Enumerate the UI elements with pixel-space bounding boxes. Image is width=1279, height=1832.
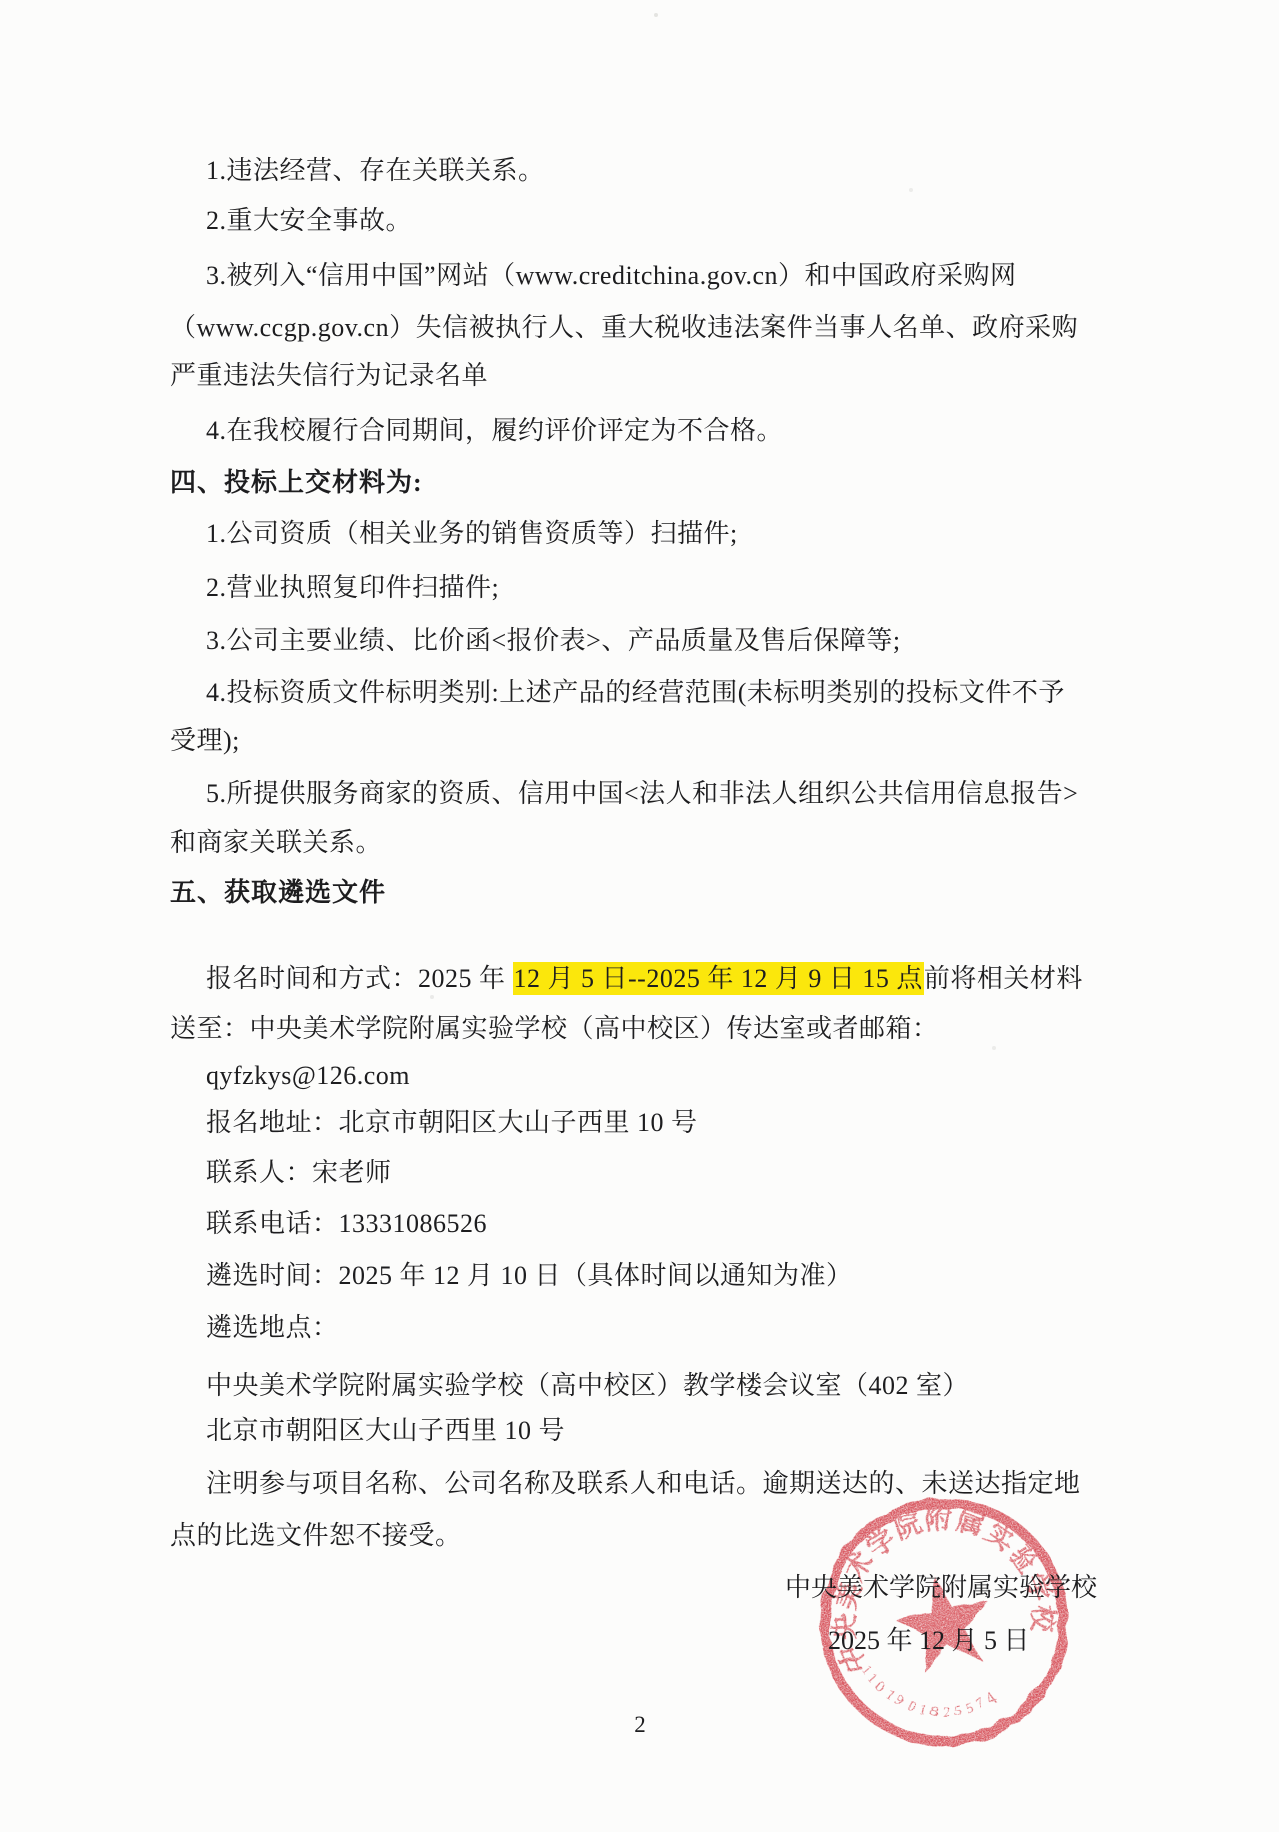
contact-phone-line: 联系电话：13331086526 [206, 1203, 487, 1245]
clause-line: 1.公司资质（相关业务的销售资质等）扫描件; [206, 513, 738, 555]
section-heading-5: 五、获取遴选文件 [170, 872, 386, 914]
clause-line: 3.被列入“信用中国”网站（www.creditchina.gov.cn）和中国… [206, 255, 1017, 297]
clause-line: 4.在我校履行合同期间，履约评价评定为不合格。 [206, 410, 783, 452]
scanned-document-page: 中央美术学院附属实验学校 1101901825574 1.违法经营、存在关联关系… [0, 0, 1279, 1832]
signup-suffix: 前将相关材料 [924, 964, 1083, 993]
clause-line: 严重违法失信行为记录名单 [170, 355, 488, 397]
selection-place-line: 中央美术学院附属实验学校（高中校区）教学楼会议室（402 室） [206, 1365, 969, 1407]
clause-line: （www.ccgp.gov.cn）失信被执行人、重大税收违法案件当事人名单、政府… [170, 307, 1078, 349]
clause-line: 受理); [170, 720, 240, 762]
clause-line: 3.公司主要业绩、比价函<报价表>、产品质量及售后保障等; [206, 620, 901, 662]
signature-org: 中央美术学院附属实验学校 [785, 1567, 1097, 1609]
clause-line: 4.投标资质文件标明类别:上述产品的经营范围(未标明类别的投标文件不予 [206, 672, 1065, 714]
highlighted-date-range: 12 月 5 日--2025 年 12 月 9 日 15 点 [513, 962, 924, 995]
selection-time-line: 遴选时间：2025 年 12 月 10 日（具体时间以通知为准） [206, 1255, 853, 1297]
note-line: 点的比选文件恕不接受。 [170, 1515, 462, 1557]
email-line: qyfzkys@126.com [206, 1055, 410, 1097]
delivery-line: 送至：中央美术学院附属实验学校（高中校区）传达室或者邮箱： [170, 1008, 939, 1050]
clause-line: 5.所提供服务商家的资质、信用中国<法人和非法人组织公共信用信息报告> [206, 773, 1078, 815]
signup-time-line: 报名时间和方式：2025 年 12 月 5 日--2025 年 12 月 9 日… [206, 958, 1083, 1000]
document-text: 1.违法经营、存在关联关系。 2.重大安全事故。 3.被列入“信用中国”网站（w… [0, 0, 1279, 1832]
clause-line: 和商家关联关系。 [170, 822, 382, 864]
signup-address-line: 报名地址：北京市朝阳区大山子西里 10 号 [206, 1102, 698, 1144]
clause-line: 2.重大安全事故。 [206, 200, 412, 242]
note-line: 注明参与项目名称、公司名称及联系人和电话。逾期送达的、未送达指定地 [206, 1463, 1081, 1505]
signup-prefix: 报名时间和方式：2025 年 [206, 964, 513, 993]
selection-address-line: 北京市朝阳区大山子西里 10 号 [206, 1410, 565, 1452]
page-number: 2 [600, 1712, 680, 1738]
clause-line: 2.营业执照复印件扫描件; [206, 567, 499, 609]
clause-line: 1.违法经营、存在关联关系。 [206, 150, 545, 192]
selection-place-label-line: 遴选地点： [206, 1307, 339, 1349]
signature-date: 2025 年 12 月 5 日 [828, 1620, 1030, 1662]
contact-person-line: 联系人：宋老师 [206, 1152, 392, 1194]
section-heading-4: 四、投标上交材料为: [170, 462, 423, 504]
